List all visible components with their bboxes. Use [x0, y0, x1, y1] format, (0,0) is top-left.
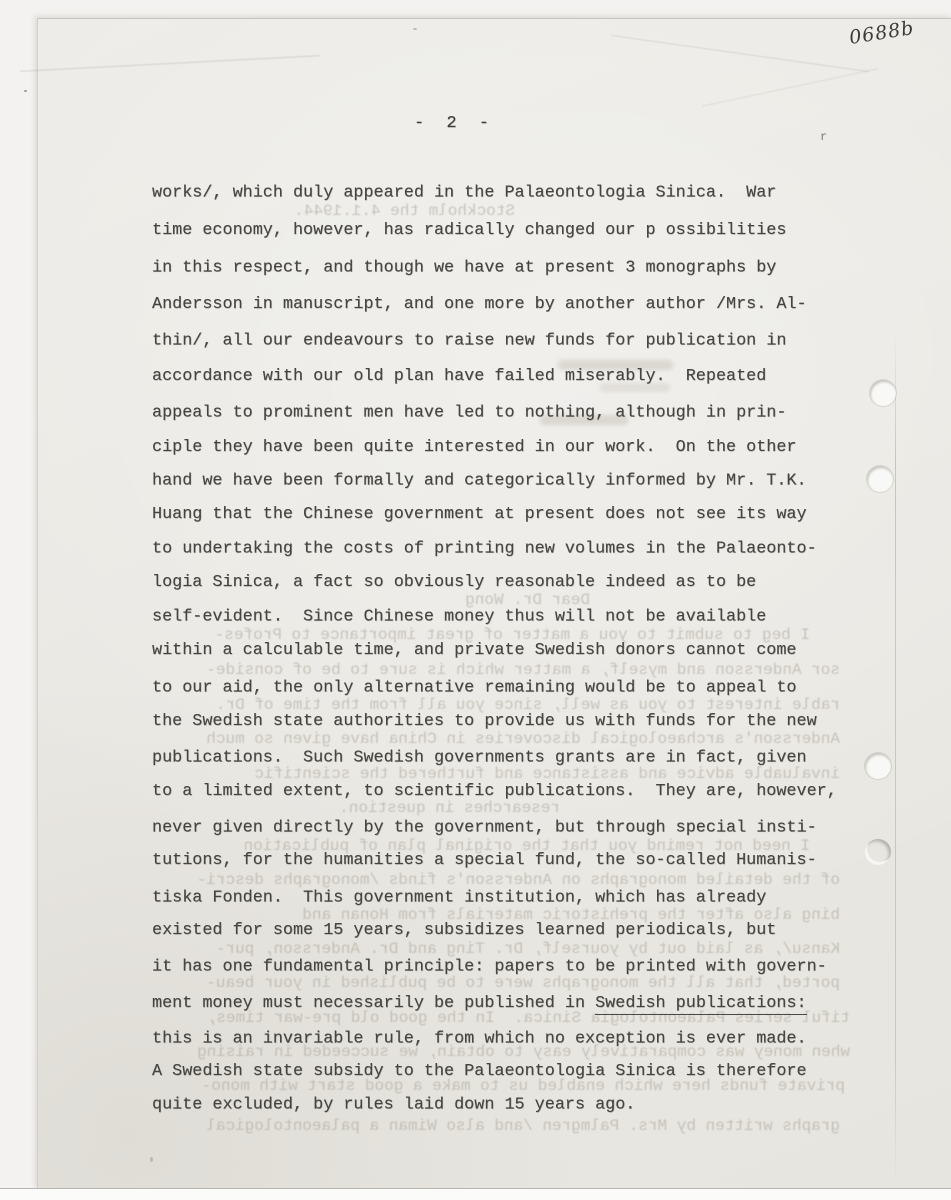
- typed-line: Andersson in manuscript, and one more by…: [152, 297, 807, 314]
- scanned-letter-page: Stockholm the 4.1.1944.Dear Dr. Wong,I b…: [0, 0, 951, 1200]
- typed-line: to undertaking the costs of printing new…: [152, 542, 817, 559]
- underlined-text: Swedish publications:: [595, 994, 806, 1015]
- typed-line: ciple they have been quite interested in…: [152, 440, 797, 457]
- typed-line: appeals to prominent men have led to not…: [152, 406, 786, 423]
- typed-line: the Swedish state authorities to provide…: [152, 714, 817, 731]
- paper-bottom-edge: [0, 1188, 951, 1200]
- typed-line: hand we have been formally and categoric…: [152, 474, 807, 491]
- typed-line: to a limited extent, to scientific publi…: [152, 784, 837, 801]
- typed-line: works/, which duly appeared in the Palae…: [152, 186, 776, 203]
- typed-line: time economy, however, has radically cha…: [152, 223, 786, 240]
- typed-line: it has one fundamental principle: papers…: [152, 960, 827, 977]
- typed-line: thin/, all our endeavours to raise new f…: [152, 334, 786, 351]
- typed-line: existed for some 15 years, subsidizes le…: [152, 923, 776, 940]
- typed-line: self-evident. Since Chinese money thus w…: [152, 610, 766, 627]
- typed-line: within a calculable time, and private Sw…: [152, 643, 797, 660]
- typed-line: in this respect, and though we have at p…: [152, 261, 776, 278]
- typed-line: quite excluded, by rules laid down 15 ye…: [152, 1098, 635, 1115]
- punch-hole: [870, 380, 896, 406]
- punch-hole-partial: [865, 839, 891, 865]
- typed-text-layer: works/, which duly appeared in the Palae…: [0, 0, 951, 1200]
- typed-line: never given directly by the government, …: [152, 821, 817, 838]
- typed-line: tiska Fonden. This government institutio…: [152, 891, 766, 908]
- typed-line: this is an invariable rule, from which n…: [152, 1032, 807, 1049]
- punch-hole: [865, 753, 891, 779]
- typed-line: Huang that the Chinese government at pre…: [152, 507, 807, 524]
- typed-line: accordance with our old plan have failed…: [152, 369, 766, 386]
- typed-line: tutions, for the humanities a special fu…: [152, 853, 817, 870]
- typed-line: to our aid, the only alternative remaini…: [152, 681, 797, 698]
- typed-line: publications. Such Swedish governments g…: [152, 751, 807, 768]
- punch-hole: [867, 466, 893, 492]
- typed-line: A Swedish state subsidy to the Palaeonto…: [152, 1064, 807, 1081]
- typed-line: ment money must necessarily be published…: [152, 996, 807, 1013]
- typed-line: logia Sinica, a fact so obviously reason…: [152, 575, 756, 592]
